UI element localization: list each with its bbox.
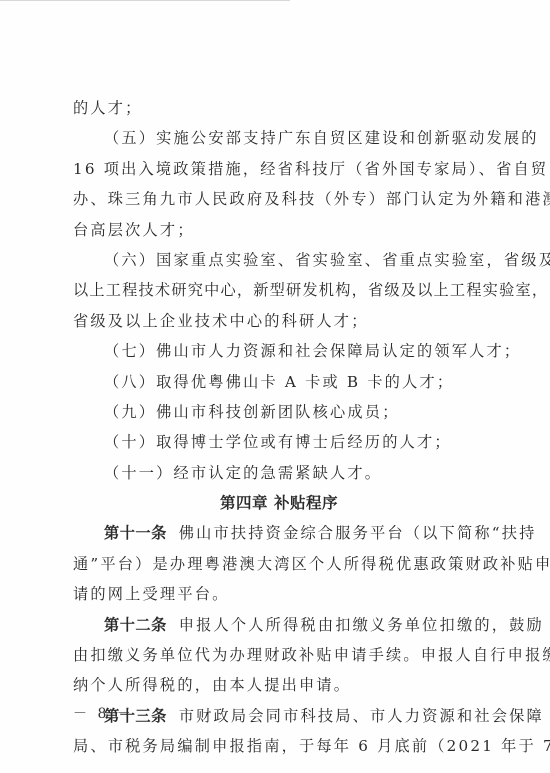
list-item-9: （九）佛山市科技创新团队核心成员； bbox=[73, 397, 485, 427]
article-12: 第十二条申报人个人所得税由扣缴义务单位扣缴的，鼓励 bbox=[73, 610, 485, 640]
article-text: 市财政局会同市科技局、市人力资源和社会保障 bbox=[179, 707, 544, 725]
list-item-7: （七）佛山市人力资源和社会保障局认定的领军人才； bbox=[73, 336, 485, 366]
text-line: 省级及以上企业技术中心的科研人才； bbox=[73, 306, 485, 336]
text-line: 请的网上受理平台。 bbox=[73, 579, 485, 609]
article-label: 第十二条 bbox=[104, 616, 167, 634]
text-line: 通”平台）是办理粤港澳大湾区个人所得税优惠政策财政补贴申 bbox=[73, 549, 485, 579]
text-line: 办、珠三角九市人民政府及科技（外专）部门认定为外籍和港澳 bbox=[73, 184, 485, 214]
page-number: － 8 － bbox=[73, 703, 134, 723]
article-text: 佛山市扶持资金综合服务平台（以下简称“扶持 bbox=[179, 524, 537, 542]
list-item-10: （十）取得博士学位或有博士后经历的人才； bbox=[73, 427, 485, 457]
text-line: 的人才； bbox=[73, 93, 485, 123]
text-line: 纳个人所得税的，由本人提出申请。 bbox=[73, 670, 485, 700]
article-13: 第十三条市财政局会同市科技局、市人力资源和社会保障 bbox=[73, 701, 485, 731]
document-body: 的人才； （五）实施公安部支持广东自贸区建设和创新驱动发展的 16 项出入境政策… bbox=[73, 93, 485, 762]
text-line: 局、市税务局编制申报指南，于每年 6 月底前（2021 年于 7 月 bbox=[73, 731, 485, 761]
list-item-5: （五）实施公安部支持广东自贸区建设和创新驱动发展的 bbox=[73, 123, 485, 153]
list-item-8: （八）取得优粤佛山卡 A 卡或 B 卡的人才； bbox=[73, 367, 485, 397]
list-item-11: （十一）经市认定的急需紧缺人才。 bbox=[73, 458, 485, 488]
article-text: 申报人个人所得税由扣缴义务单位扣缴的，鼓励 bbox=[179, 616, 544, 634]
text-line: 由扣缴义务单位代为办理财政补贴申请手续。申报人自行申报缴 bbox=[73, 640, 485, 670]
article-11: 第十一条佛山市扶持资金综合服务平台（以下简称“扶持 bbox=[73, 518, 485, 548]
text-line: 以上工程技术研究中心，新型研发机构，省级及以上工程实验室， bbox=[73, 275, 485, 305]
text-line: 台高层次人才； bbox=[73, 215, 485, 245]
document-page: 的人才； （五）实施公安部支持广东自贸区建设和创新驱动发展的 16 项出入境政策… bbox=[0, 0, 550, 773]
article-label: 第十一条 bbox=[104, 524, 167, 542]
text-line: 16 项出入境政策措施，经省科技厅（省外国专家局）、省自贸 bbox=[73, 154, 485, 184]
list-item-6: （六）国家重点实验室、省实验室、省重点实验室，省级及 bbox=[73, 245, 485, 275]
scan-edge-line bbox=[0, 0, 290, 1]
chapter-heading: 第四章 补贴程序 bbox=[73, 488, 485, 518]
